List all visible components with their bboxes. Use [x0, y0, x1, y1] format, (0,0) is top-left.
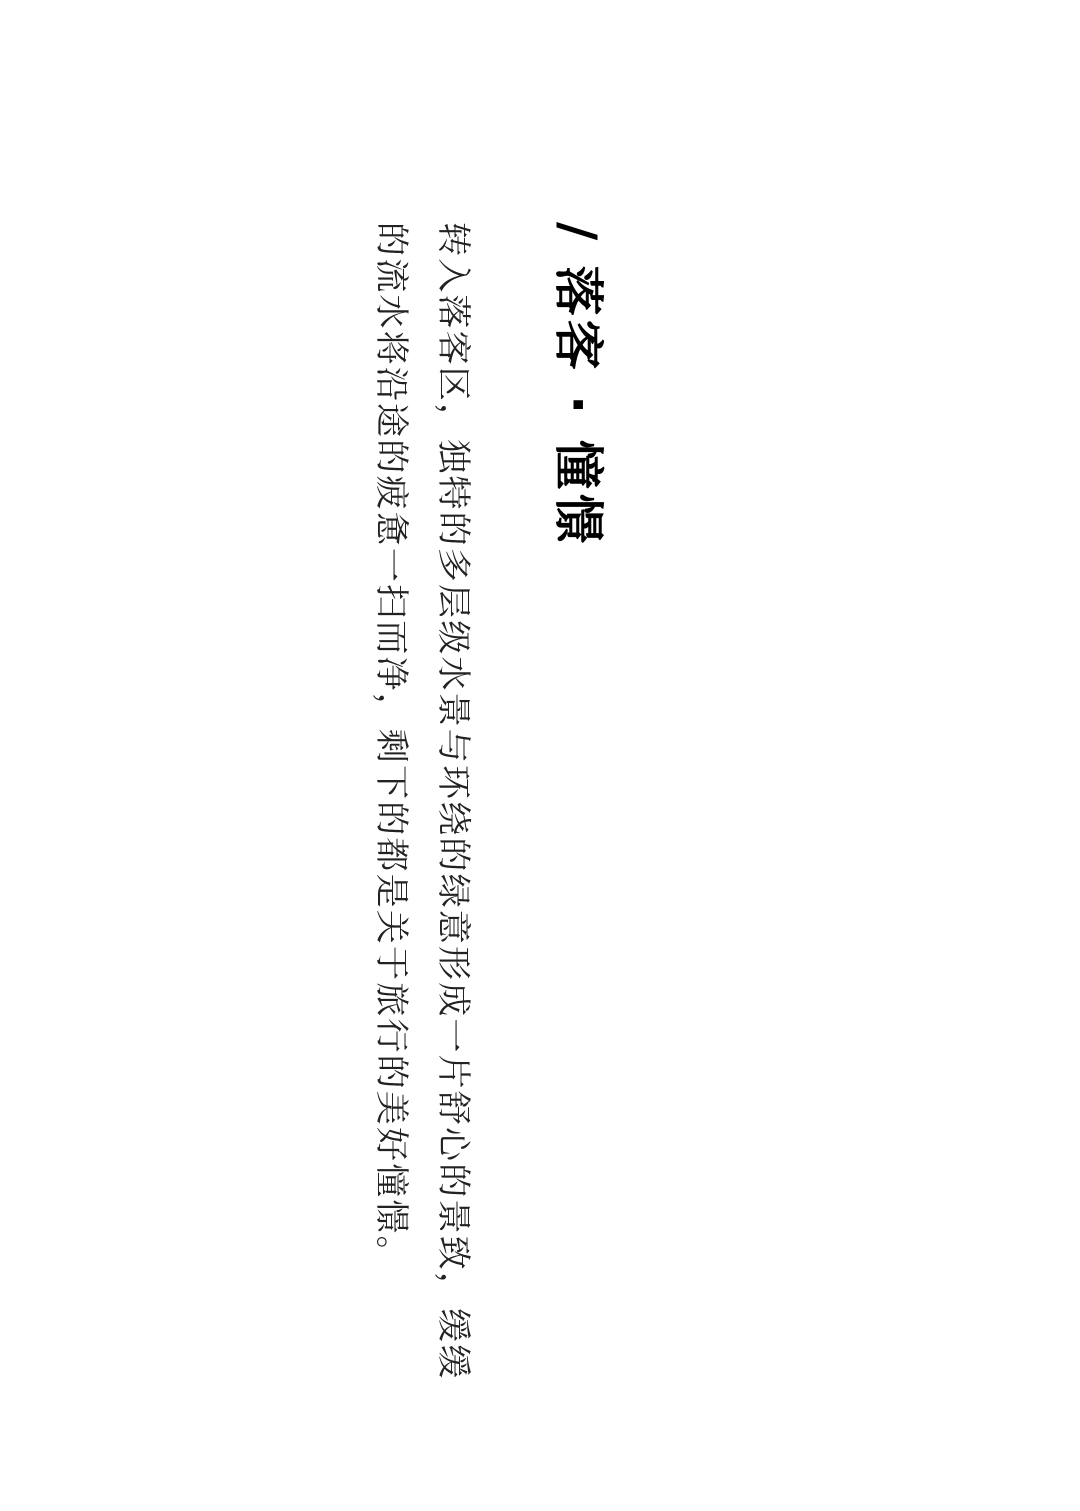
body-text-line-2: 的流水将沿途的疲惫一扫而净，剩下的都是关于旅行的美好憧憬。	[374, 222, 408, 1272]
section-title: / 落客 · 憧憬	[553, 222, 603, 547]
body-text-line-1: 转入落客区，独特的多层级水景与环绕的绿意形成一片舒心的景致，缓缓	[436, 222, 470, 1380]
